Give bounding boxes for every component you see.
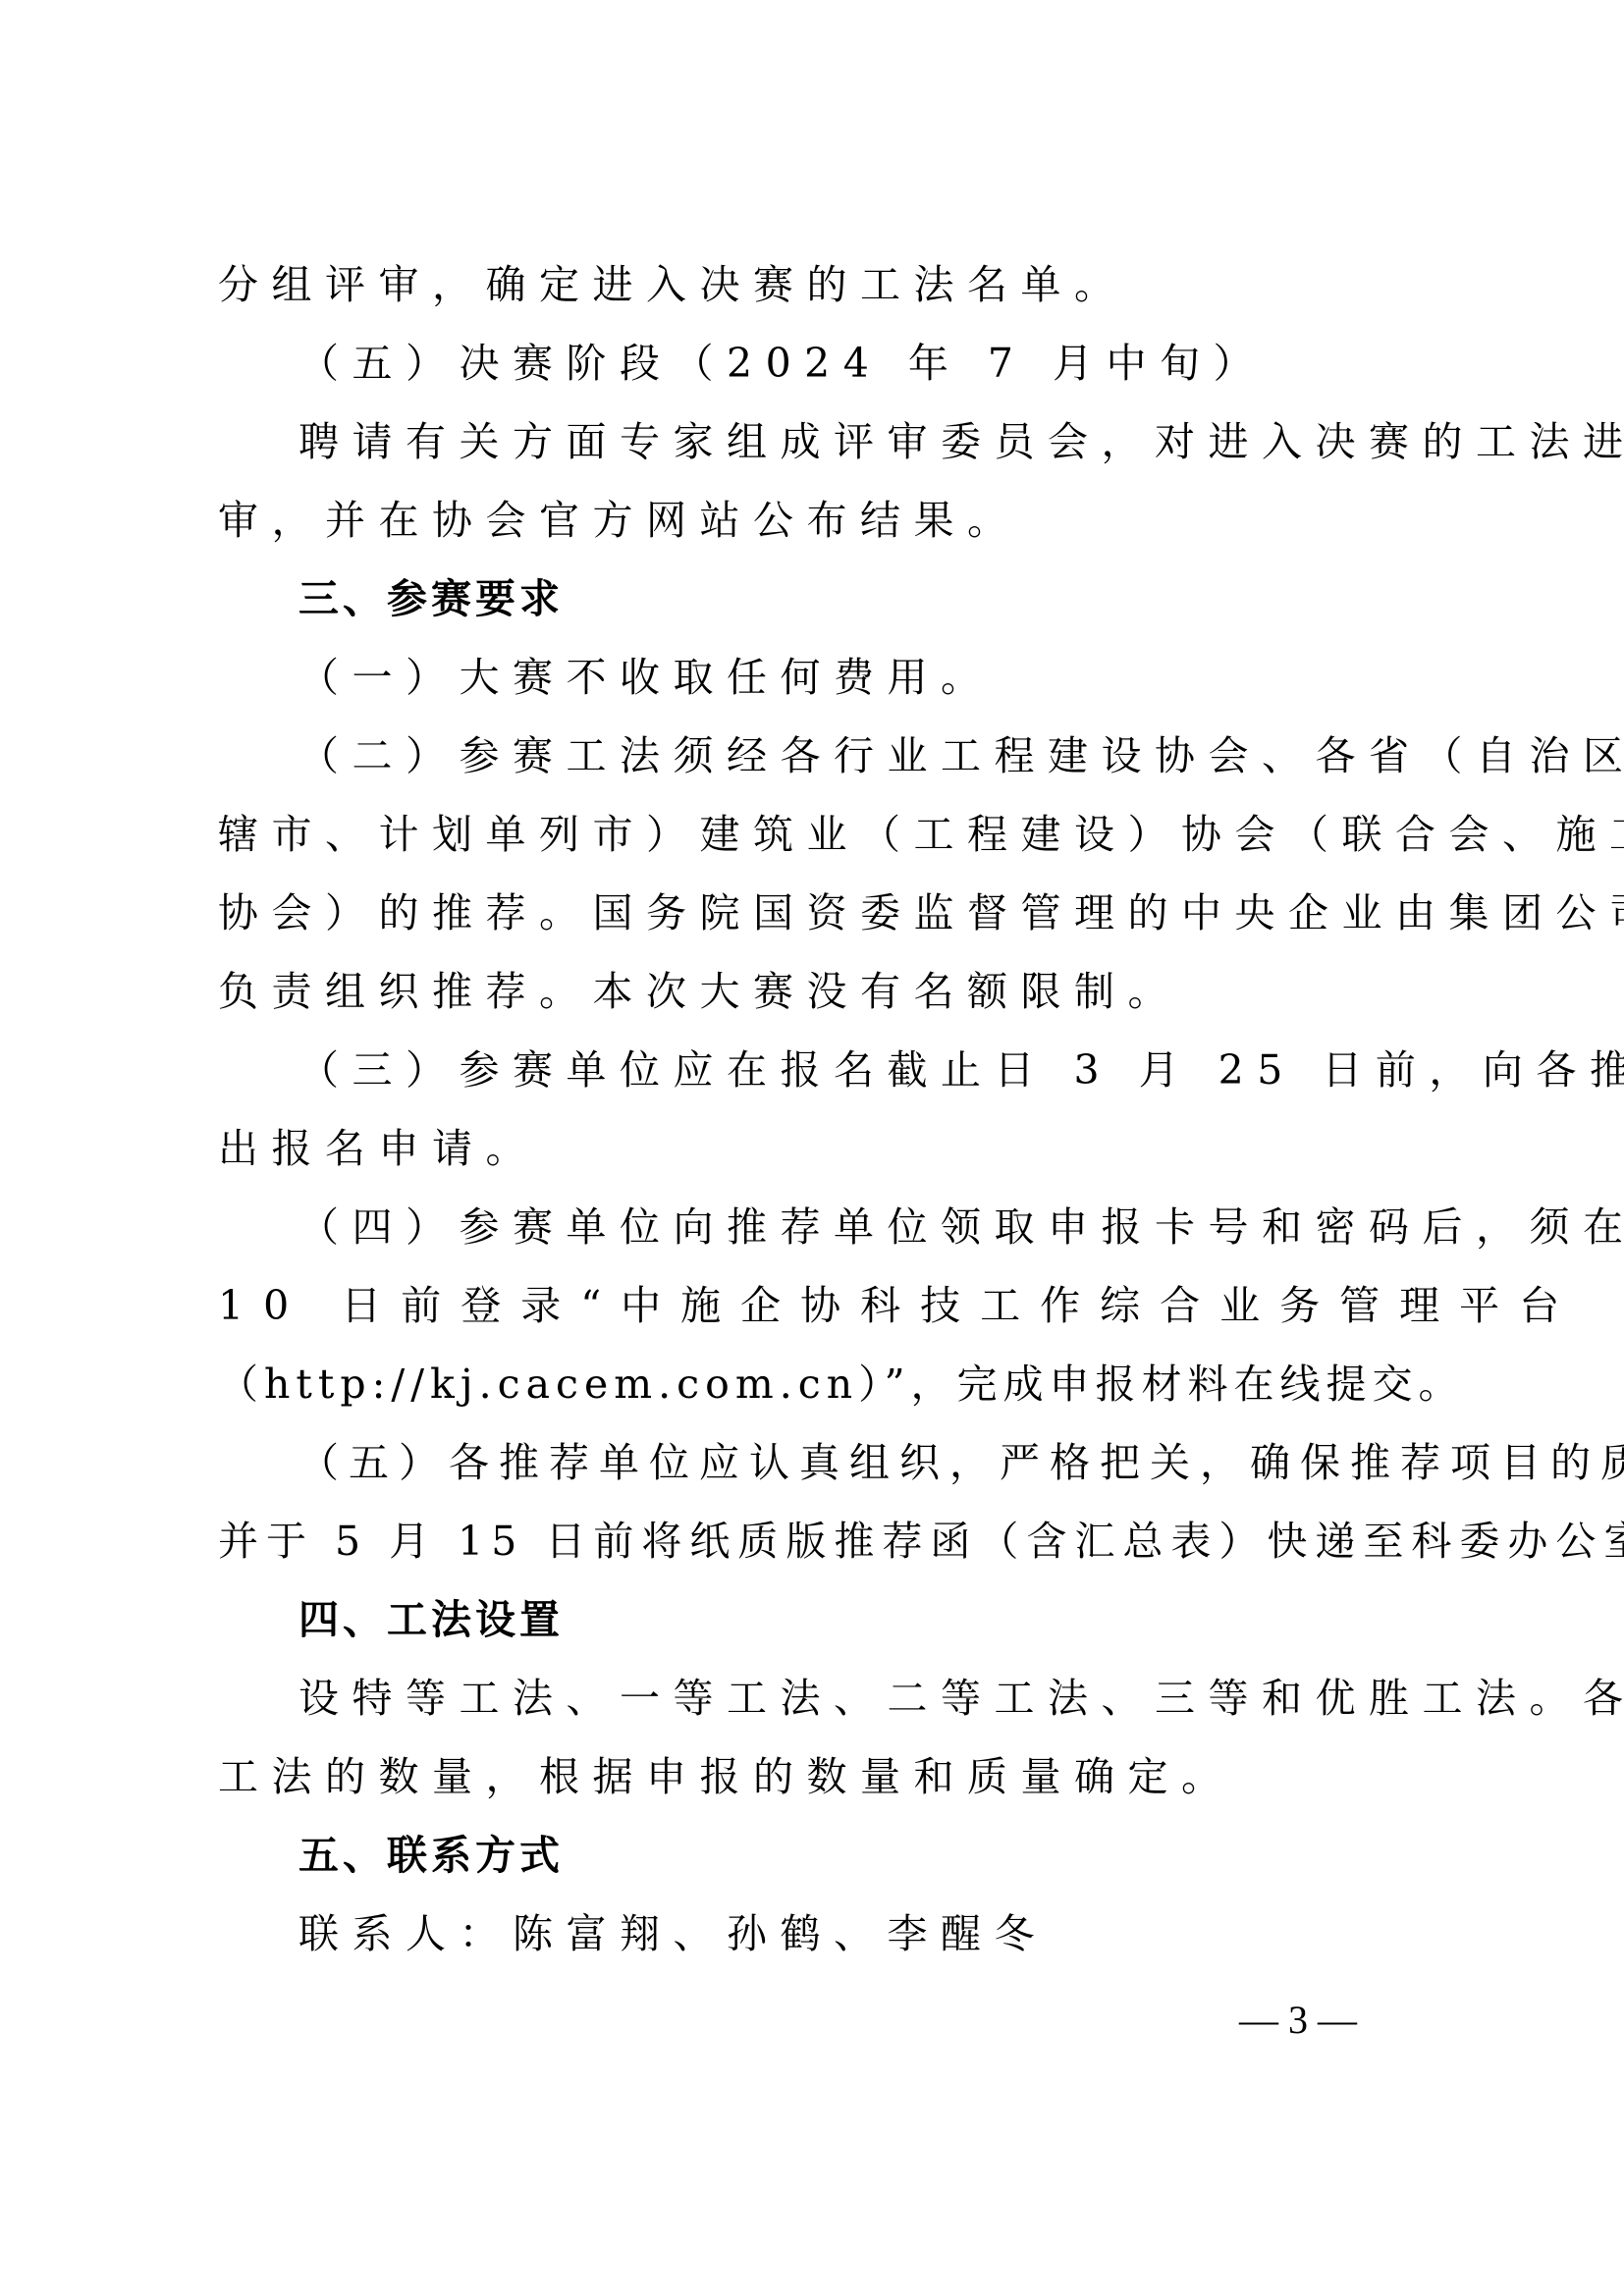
section-heading-requirements: 三、参赛要求 (218, 560, 1416, 638)
body-line: 10 日前登录“中施企协科技工作综合业务管理平台 (218, 1266, 1416, 1345)
body-line: 分组评审，确定进入决赛的工法名单。 (218, 245, 1416, 324)
body-line: 并于 5 月 15 日前将纸质版推荐函（含汇总表）快递至科委办公室。 (218, 1502, 1416, 1580)
body-line: 工法的数量，根据申报的数量和质量确定。 (218, 1737, 1416, 1816)
body-line: 辖市、计划单列市）建筑业（工程建设）协会（联合会、施工行业 (218, 795, 1416, 874)
requirement-item-3: （三）参赛单位应在报名截止日 3 月 25 日前，向各推荐单位提 (218, 1031, 1416, 1109)
platform-url-line: （http://kj.cacem.com.cn）”，完成申报材料在线提交。 (218, 1345, 1416, 1423)
subsection-final-stage: （五）决赛阶段（2024 年 7 月中旬） (218, 324, 1416, 402)
body-line: 聘请有关方面专家组成评审委员会，对进入决赛的工法进行终 (218, 402, 1416, 481)
body-line: 审，并在协会官方网站公布结果。 (218, 481, 1416, 560)
document-page: 分组评审，确定进入决赛的工法名单。 （五）决赛阶段（2024 年 7 月中旬） … (218, 245, 1416, 1973)
section-heading-method-setup: 四、工法设置 (218, 1580, 1416, 1659)
body-line: 设特等工法、一等工法、二等工法、三等和优胜工法。各等级 (218, 1659, 1416, 1737)
body-line: 出报名申请。 (218, 1109, 1416, 1188)
page-number: — 3 — (1239, 1993, 1357, 2048)
requirement-item-1: （一）大赛不收取任何费用。 (218, 638, 1416, 717)
requirement-item-4: （四）参赛单位向推荐单位领取申报卡号和密码后，须在 5 月 (218, 1188, 1416, 1266)
section-heading-contact: 五、联系方式 (218, 1816, 1416, 1895)
body-line: 协会）的推荐。国务院国资委监督管理的中央企业由集团公司总部 (218, 874, 1416, 952)
requirement-item-5: （五）各推荐单位应认真组织，严格把关，确保推荐项目的质量， (218, 1423, 1416, 1502)
contact-persons: 联系人：陈富翔、孙鹤、李醒冬 (218, 1895, 1416, 1973)
requirement-item-2: （二）参赛工法须经各行业工程建设协会、各省（自治区、直 (218, 717, 1416, 795)
body-line: 负责组织推荐。本次大赛没有名额限制。 (218, 952, 1416, 1031)
